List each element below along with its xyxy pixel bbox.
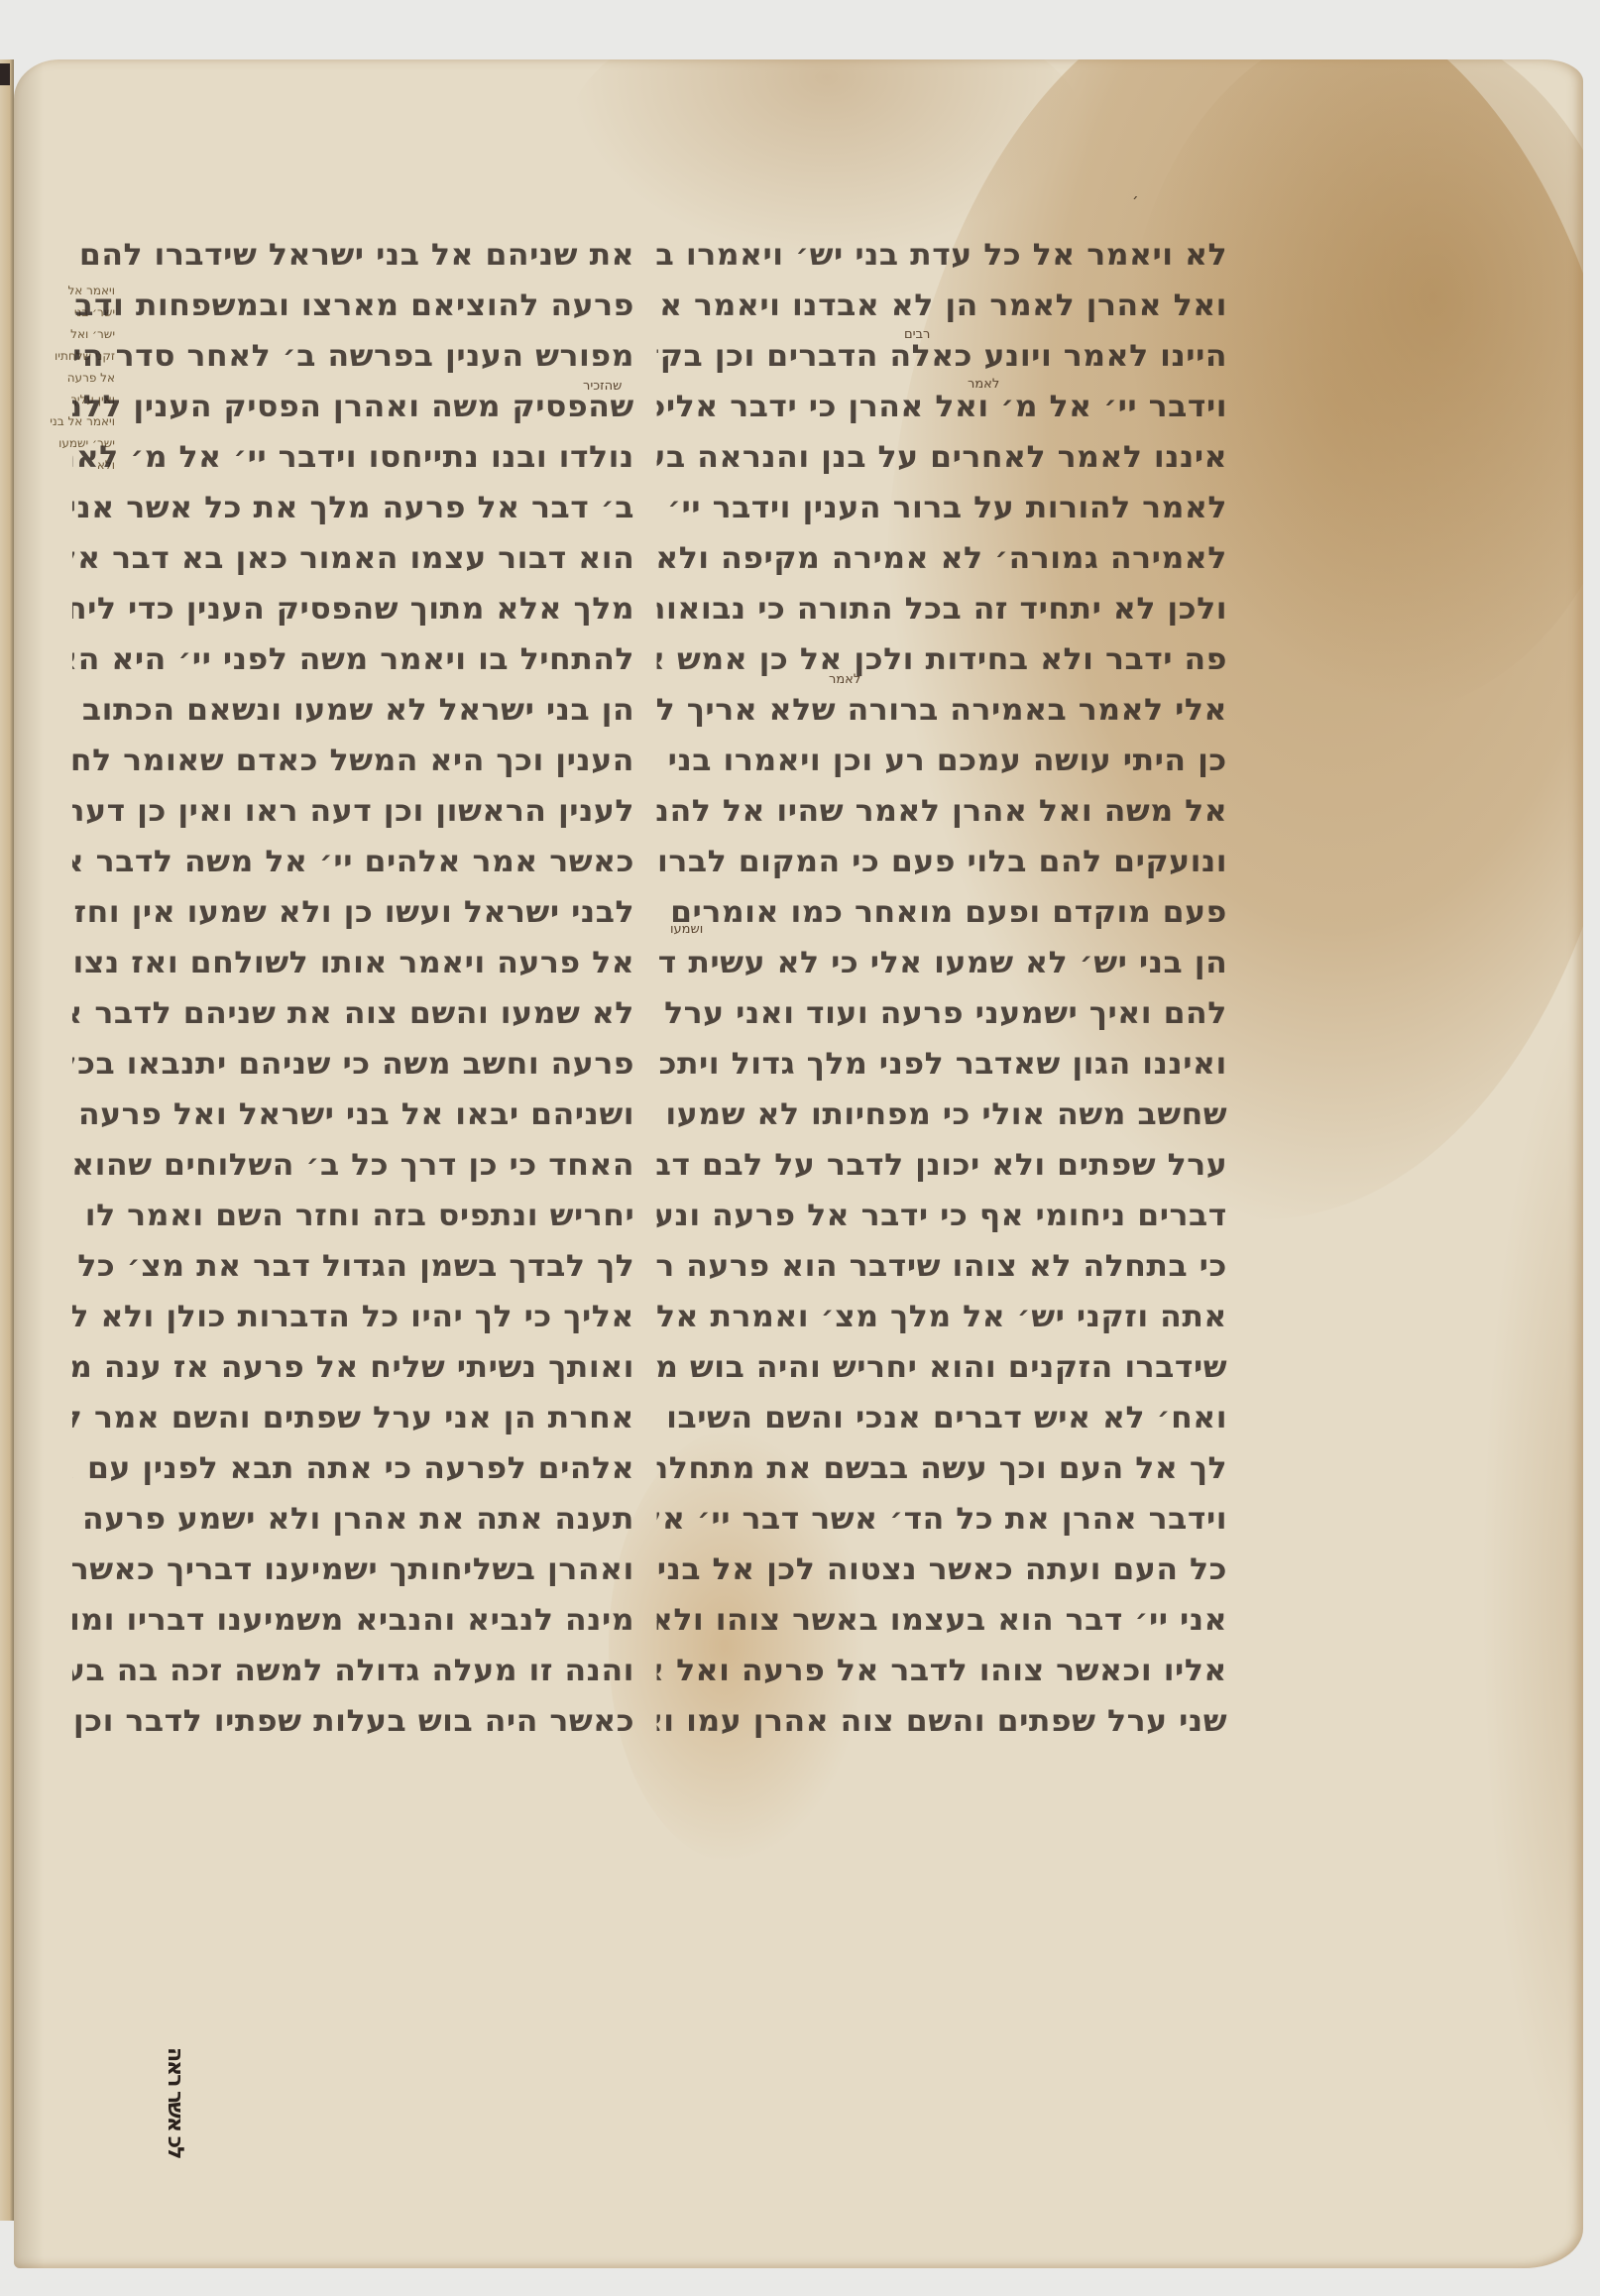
- text-line: כאשר היה בוש בעלות שפתיו לדבר וכן אל פ: [72, 1696, 634, 1747]
- binding-cover-corner: [0, 63, 10, 85]
- text-line: שהפסיק משה ואהרן הפסיק הענין ללמדנו היאך: [72, 382, 634, 432]
- text-line: הן בני ישראל לא שמעו ונשאם הכתוב בגמול ש…: [72, 685, 634, 736]
- text-line: שני ערל שפתים והשם צוה אהרן עמו וצוה: [657, 1696, 1227, 1747]
- text-line: אני יי׳ דבר הוא בעצמו באשר צוהו ולא שמעו: [657, 1595, 1227, 1646]
- text-line: פה ידבר ולא בחידות ולכן אל כן אמש את השם: [657, 634, 1227, 685]
- text-line: אלהים לפרעה כי אתה תבא לפנין עם אהרן ומס…: [72, 1443, 634, 1494]
- water-stain-right-edge: [1481, 952, 1583, 2240]
- text-line: לאמר להורות על ברור הענין וידבר יי׳ לאמר…: [657, 483, 1227, 533]
- text-line: אליו וכאשר צוהו לדבר אל פרעה ואל איך אדב…: [657, 1646, 1227, 1696]
- interlinear-note: רבים: [904, 327, 930, 342]
- text-line: ואותך נשיתי שליח אל פרעה אז ענה משה פעם: [72, 1342, 634, 1393]
- text-line: להם ואיך ישמעני פרעה ועוד ואני ערל שפתים: [657, 988, 1227, 1039]
- text-line: האחד כי כן דרך כל ב׳ השלוחים שהוא ידבר ו…: [72, 1140, 634, 1191]
- text-line: שחשב משה אולי כי מפחיותו לא שמעו אלי כי …: [657, 1090, 1227, 1140]
- text-line: אתה וזקני יש׳ אל מלך מצ׳ ואמרת אליו והיה…: [657, 1292, 1227, 1342]
- text-line: ואח׳ לא איש דברים אנכי והשם השיבו ודבר ה…: [657, 1393, 1227, 1443]
- text-line: לך לבדך בשמן הגדול דבר את מצ׳ כל אשר אני…: [72, 1241, 634, 1292]
- text-line: ב׳ דבר אל פרעה מלך את כל אשר אני דובר אל…: [72, 483, 634, 533]
- text-line: לענין הראשון וכן דעה ראו ואין כן דעתו אב…: [72, 786, 634, 837]
- text-line: אליך כי לך יהיו כל הדברות כולן ולא לאהרן…: [72, 1292, 634, 1342]
- text-line: וידבר יי׳ אל מ׳ ואל אהרן כי ידבר אליכם פ…: [657, 382, 1227, 432]
- text-line: כן היתי עושה עמכם רע וכן ויאמרו בני יש׳ …: [657, 736, 1227, 786]
- text-line: פרעה להוציאם מארצו ובמשפחות ודבר הציווי …: [72, 281, 634, 331]
- text-line: היינו לאמר ויונע כאלה הדברים וכן בקדר הז…: [657, 331, 1227, 382]
- text-line: את שניהם אל בני ישראל שידברו להם אשר יצא…: [72, 230, 634, 281]
- folio-mark: ׳: [1132, 190, 1139, 209]
- interlinear-note: שהזכיר: [583, 379, 622, 394]
- interlinear-note: ושמעו: [670, 922, 703, 937]
- text-line: לך אל העם וכך עשה בבשם את מתחלה כמו שנא׳: [657, 1443, 1227, 1494]
- text-line: ונועקים להם בלוי פעם כי המקום לברור העני…: [657, 837, 1227, 887]
- interlinear-note: לאמר: [829, 672, 860, 687]
- text-line: מינה לנביא והנביא משמיענו דבריו ומוכיח ב…: [72, 1595, 634, 1646]
- text-line: להתחיל בו ויאמר משה לפני יי׳ היא האמור כ…: [72, 634, 634, 685]
- binding-edge: [0, 59, 14, 2221]
- text-line: פעם מוקדם ופעם מואחר כמו אומרים אחור למכ…: [657, 887, 1227, 938]
- text-line: אחרת הן אני ערל שפתים והשם אמר לו ראה נת…: [72, 1393, 634, 1443]
- text-line: אל משה ואל אהרן לאמר שהיו אל להם כן כפי: [657, 786, 1227, 837]
- text-line: ערל שפתים ולא יכונן לדבר על לבם דברים טו…: [657, 1140, 1227, 1191]
- text-line: ושניהם יבאו אל בני ישראל ואל פרעה ודי שי…: [72, 1090, 634, 1140]
- catchword: לכ אשר ראה: [163, 2047, 232, 2176]
- water-stain-top-center: [569, 59, 1085, 258]
- text-line: אל פרעה ויאמר אותו לשולחם ואז נצוהו הן ב…: [72, 938, 634, 988]
- text-line: הן בני יש׳ לא שמעו אלי כי לא עשית דברי נ…: [657, 938, 1227, 988]
- text-line: לאמירה גמורה׳ לא אמירה מקיפה ולא ברמז דב…: [657, 533, 1227, 584]
- text-line: תענה אתה את אהרן ולא ישמע פרעה דבריך ה׳: [72, 1494, 634, 1545]
- interlinear-note: לאמר: [968, 377, 999, 392]
- text-line: לא שמעו והשם צוה את שניהם לדבר אל העם וע…: [72, 988, 634, 1039]
- text-line: ואל אהרן לאמר הן לא אבדנו ויאמר אליכם בע…: [657, 281, 1227, 331]
- text-line: פרעה וחשב משה כי שניהם יתנבאו בכל האותות: [72, 1039, 634, 1090]
- text-line: מפורש הענין בפרשה ב׳ לאחר סדר היחס אלא מ…: [72, 331, 634, 382]
- text-line: כל העם ועתה כאשר נצטוה לכן אל בני ישראל: [657, 1545, 1227, 1595]
- text-line: ואיננו הגון שאדבר לפני מלך גדול ויתכן לפ…: [657, 1039, 1227, 1090]
- text-line: ולכן לא יתחיד זה בכל התורה כי נבואות משה…: [657, 584, 1227, 634]
- text-line: נולדו ובנו נתייחסו וידבר יי׳ אל מ׳ לאמר …: [72, 432, 634, 483]
- text-line: יחריש ונתפיס בזה וחזר השם ואמר לו אני יי…: [72, 1191, 634, 1241]
- manuscript-page: ׳ ויאמר אל ישר׳ בני ישר׳ ואל זקני שלחתיו…: [14, 59, 1583, 2268]
- left-text-column: את שניהם אל בני ישראל שידברו להם אשר יצא…: [99, 230, 634, 1747]
- text-line: הענין וכך היא המשל כאדם שאומר לחבי נחזור: [72, 736, 634, 786]
- text-line: הוא דבור עצמו האמור כאן בא דבר אל פרעה: [72, 533, 634, 584]
- text-line: כי בתחלה לא צוהו שידבר הוא פרעה רק אל וב…: [657, 1241, 1227, 1292]
- text-line: והנה זו מעלה גדולה למשה זכה בה בענותנותו: [72, 1646, 634, 1696]
- text-line: דברים ניחומי אף כי ידבר אל פרעה ונעם הכל…: [657, 1191, 1227, 1241]
- text-line: איננו לאמר לאחרים על בנן והנראה בעיני כי…: [657, 432, 1227, 483]
- text-line: וידבר אהרן את כל הד׳ אשר דבר יי׳ אל משה …: [657, 1494, 1227, 1545]
- text-line: מלך אלא מתוך שהפסיק הענין כדי ליחסם חזר …: [72, 584, 634, 634]
- text-line: לבני ישראל ועשו כן ולא שמעו אין וחזר ועז…: [72, 887, 634, 938]
- text-line: כאשר אמר אלהים יי׳ אל משה לדבר אל בני יש…: [72, 837, 634, 887]
- text-line: ואהרן בשליחותך ישמיענו דבריך כאשר האלהים: [72, 1545, 634, 1595]
- right-text-column: לא ויאמר אל כל עדת בני יש׳ ויאמרו בני יש…: [684, 230, 1227, 1747]
- text-line: אלי לאמר באמירה ברורה שלא אריך לכם כלל כ…: [657, 685, 1227, 736]
- catchword-text: לכ אשר ראה: [163, 2047, 187, 2157]
- text-line: שידברו הזקנים והוא יחריש והיה בוש מלדבר …: [657, 1342, 1227, 1393]
- text-line: לא ויאמר אל כל עדת בני יש׳ ויאמרו בני יש…: [657, 230, 1227, 281]
